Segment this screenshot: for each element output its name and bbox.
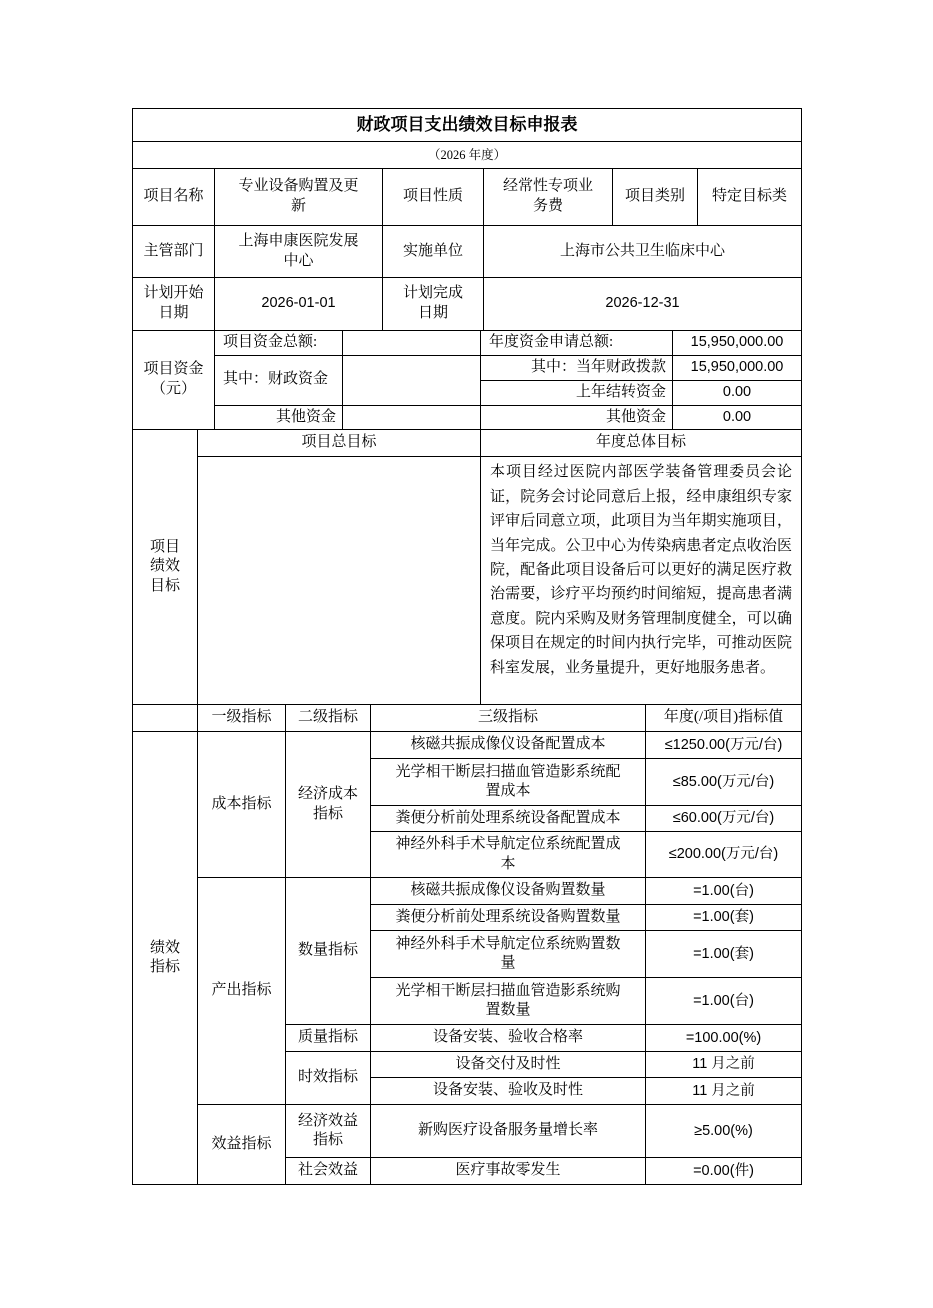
current-appropriation-value: 15,950,000.00	[673, 356, 802, 381]
annual-request-label: 年度资金申请总额:	[481, 331, 673, 356]
impl-unit-value: 上海市公共卫生临床中心	[484, 226, 802, 278]
end-date-value: 2026-12-31	[484, 278, 802, 331]
indicator-value: =1.00(套)	[646, 905, 802, 931]
fiscal-fund-value	[343, 356, 481, 406]
start-date-label: 计划开始 日期	[133, 278, 215, 331]
indicator-l3: 神经外科手术导航定位系统购置数 量	[371, 931, 646, 978]
indicator-l3: 光学相干断层扫描血管造影系统配 置成本	[371, 759, 646, 806]
level2-header: 二级指标	[286, 705, 371, 732]
indicator-l3: 粪便分析前处理系统设备配置成本	[371, 806, 646, 832]
other-fund-right-label: 其他资金	[481, 405, 673, 430]
current-appropriation-label: 其中：当年财政拨款	[481, 356, 673, 381]
project-nature-value: 经常性专项业 务费	[484, 169, 613, 226]
level2-social-benefit: 社会效益	[286, 1158, 371, 1185]
indicator-l3: 神经外科手术导航定位系统配置成 本	[371, 832, 646, 878]
annual-goal-text: 本项目经过医院内部医学装备管理委员会论证，院务会讨论同意后上报，经申康组织专家评…	[481, 457, 802, 705]
project-category-value: 特定目标类	[698, 169, 802, 226]
level2-quality: 质量指标	[286, 1025, 371, 1052]
indicator-value-header: 年度(/项目)指标值	[646, 705, 802, 732]
indicator-l3: 新购医疗设备服务量增长率	[371, 1105, 646, 1158]
dept-value: 上海申康医院发展 中心	[215, 226, 383, 278]
other-fund-value	[343, 405, 481, 430]
indicator-value: 11 月之前	[646, 1078, 802, 1105]
dept-label: 主管部门	[133, 226, 215, 278]
indicator-l3: 光学相干断层扫描血管造影系统购 置数量	[371, 978, 646, 1025]
form-subtitle: （2026 年度）	[133, 142, 802, 169]
indicator-value: ≤85.00(万元/台)	[646, 759, 802, 806]
indicator-l3: 医疗事故零发生	[371, 1158, 646, 1185]
level1-output: 产出指标	[198, 878, 286, 1105]
project-name-label: 项目名称	[133, 169, 215, 226]
basic-info-table: 财政项目支出绩效目标申报表 （2026 年度） 项目名称 专业设备购置及更 新 …	[132, 108, 802, 331]
indicator-l3: 粪便分析前处理系统设备购置数量	[371, 905, 646, 931]
indicator-l3: 设备交付及时性	[371, 1052, 646, 1078]
other-fund-label: 其他资金	[215, 405, 343, 430]
fund-total-label: 项目资金总额:	[215, 331, 343, 356]
indicators-stub-header	[133, 705, 198, 732]
level2-economic-benefit: 经济效益 指标	[286, 1105, 371, 1158]
indicator-value: =1.00(套)	[646, 931, 802, 978]
indicator-l3: 设备安装、验收及时性	[371, 1078, 646, 1105]
indicator-value: =1.00(台)	[646, 878, 802, 905]
project-name-value: 专业设备购置及更 新	[215, 169, 383, 226]
level1-header: 一级指标	[198, 705, 286, 732]
level2-quantity: 数量指标	[286, 878, 371, 1025]
level1-benefit: 效益指标	[198, 1105, 286, 1185]
form-title: 财政项目支出绩效目标申报表	[133, 109, 802, 142]
indicator-value: =0.00(件)	[646, 1158, 802, 1185]
indicator-value: 11 月之前	[646, 1052, 802, 1078]
overall-goal-header: 项目总目标	[198, 430, 481, 457]
indicator-value: ≤1250.00(万元/台)	[646, 732, 802, 759]
indicators-stub-label: 绩效 指标	[133, 732, 198, 1185]
impl-unit-label: 实施单位	[383, 226, 484, 278]
annual-request-value: 15,950,000.00	[673, 331, 802, 356]
level1-cost: 成本指标	[198, 732, 286, 878]
fiscal-fund-label: 其中：财政资金	[215, 356, 343, 406]
project-category-label: 项目类别	[613, 169, 698, 226]
indicator-l3: 核磁共振成像仪设备配置成本	[371, 732, 646, 759]
annual-goal-header: 年度总体目标	[481, 430, 802, 457]
level3-header: 三级指标	[371, 705, 646, 732]
funds-stub-label: 项目资金 （元）	[133, 331, 215, 430]
overall-goal-text	[198, 457, 481, 705]
carryover-value: 0.00	[673, 380, 802, 405]
indicator-value: =100.00(%)	[646, 1025, 802, 1052]
project-nature-label: 项目性质	[383, 169, 484, 226]
level2-timeliness: 时效指标	[286, 1052, 371, 1105]
goals-table: 项目 绩效 目标 项目总目标 年度总体目标 本项目经过医院内部医学装备管理委员会…	[132, 429, 802, 705]
indicator-value: =1.00(台)	[646, 978, 802, 1025]
declaration-form: 财政项目支出绩效目标申报表 （2026 年度） 项目名称 专业设备购置及更 新 …	[132, 108, 801, 1185]
other-fund-right-value: 0.00	[673, 405, 802, 430]
indicators-table: 一级指标 二级指标 三级指标 年度(/项目)指标值 绩效 指标 成本指标 经济成…	[132, 704, 802, 1185]
level2-economic-cost: 经济成本 指标	[286, 732, 371, 878]
indicator-value: ≥5.00(%)	[646, 1105, 802, 1158]
document-page: 财政项目支出绩效目标申报表 （2026 年度） 项目名称 专业设备购置及更 新 …	[0, 0, 933, 1308]
start-date-value: 2026-01-01	[215, 278, 383, 331]
goals-stub-label: 项目 绩效 目标	[133, 430, 198, 705]
indicator-value: ≤60.00(万元/台)	[646, 806, 802, 832]
fund-total-value	[343, 331, 481, 356]
indicator-l3: 核磁共振成像仪设备购置数量	[371, 878, 646, 905]
end-date-label: 计划完成 日期	[383, 278, 484, 331]
funds-table: 项目资金 （元） 项目资金总额: 年度资金申请总额: 15,950,000.00…	[132, 330, 802, 430]
carryover-label: 上年结转资金	[481, 380, 673, 405]
indicator-l3: 设备安装、验收合格率	[371, 1025, 646, 1052]
indicator-value: ≤200.00(万元/台)	[646, 832, 802, 878]
